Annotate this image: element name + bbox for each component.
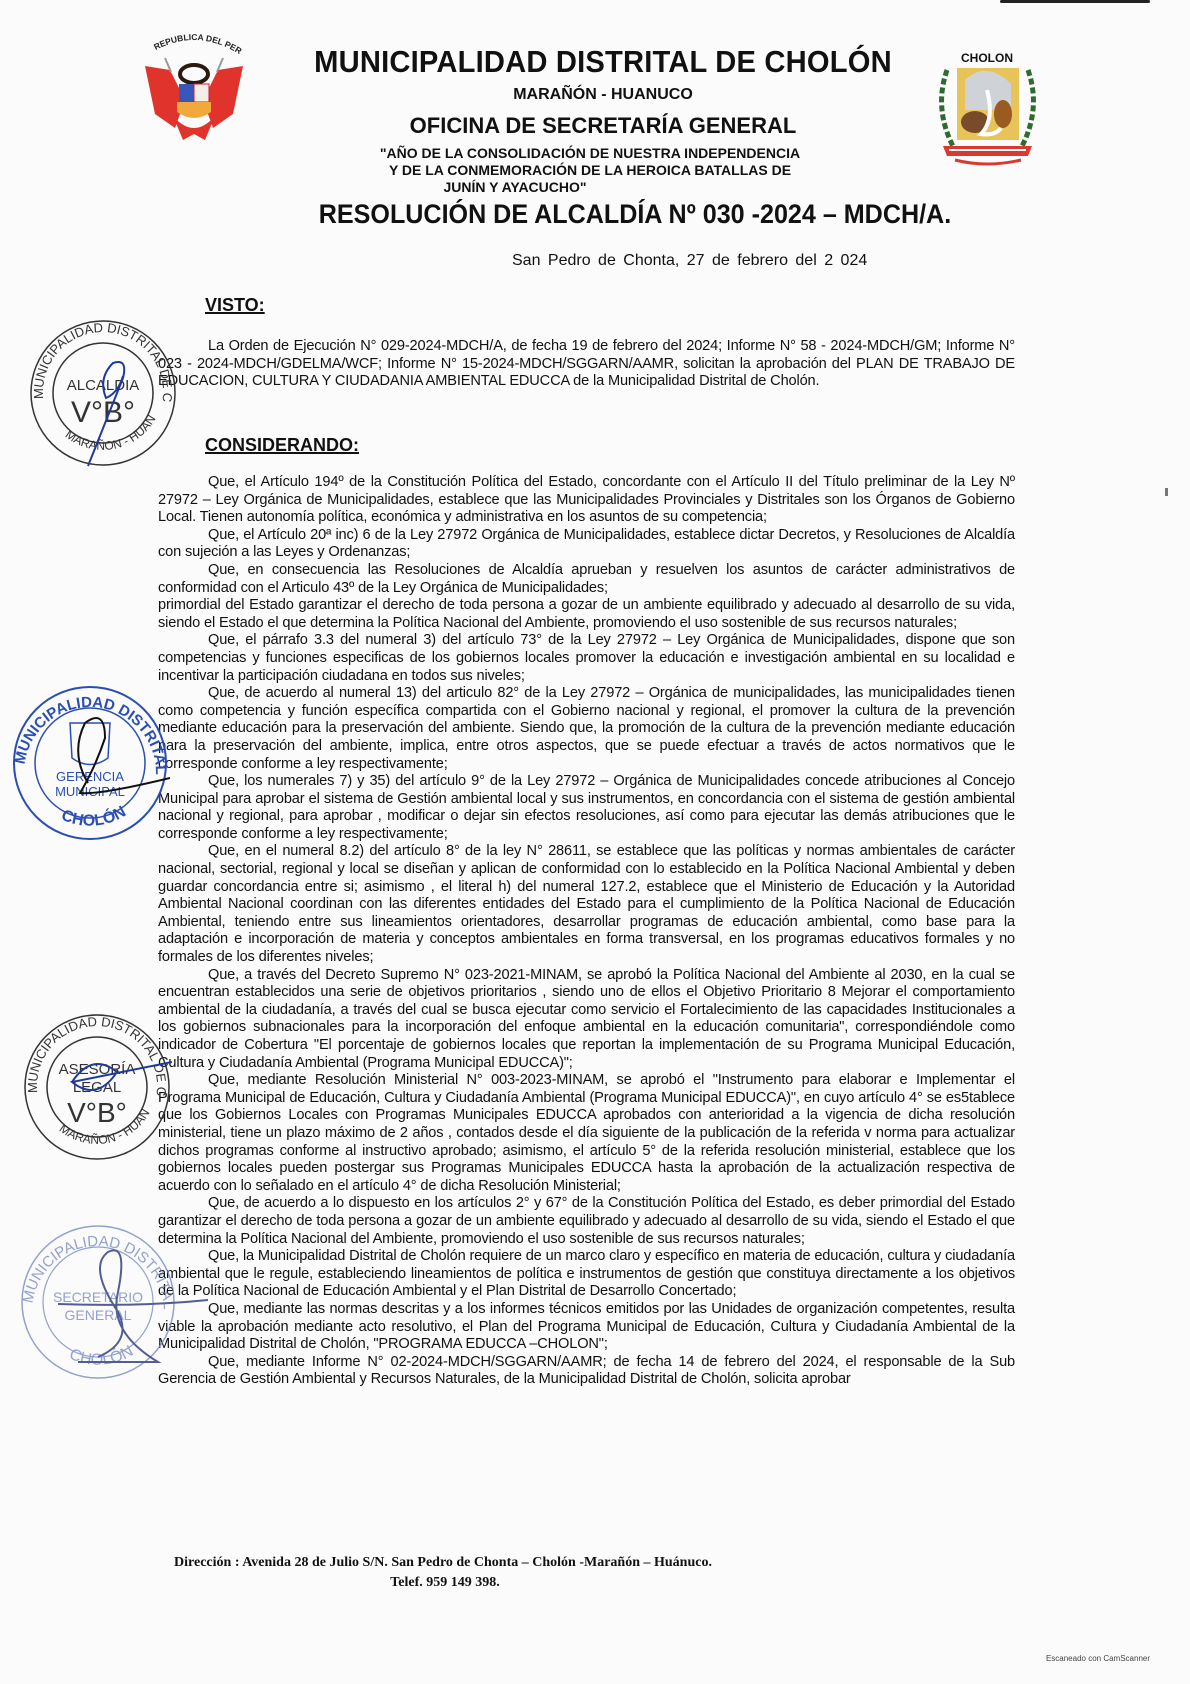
place-and-date: San Pedro de Chonta, 27 de febrero del 2… bbox=[512, 252, 867, 270]
year-motto: "AÑO DE LA CONSOLIDACIÓN DE NUESTRA INDE… bbox=[330, 145, 850, 196]
considerando-heading: CONSIDERANDO: bbox=[205, 435, 359, 456]
paragraph: Que, en el numeral 8.2) del artículo 8° … bbox=[158, 843, 1015, 966]
paragraph: Que, el párrafo 3.3 del numeral 3) del a… bbox=[158, 632, 1015, 685]
svg-text:CHOLÓN: CHOLÓN bbox=[59, 803, 129, 829]
gerencia-municipal-stamp: MUNICIPALIDAD DISTRITAL CHOLÓN GERENCIA … bbox=[10, 683, 170, 843]
paragraph: Que, el Artículo 194º de la Constitución… bbox=[158, 474, 1015, 527]
paragraph: primordial del Estado garantizar el dere… bbox=[158, 597, 1015, 632]
motto-line: JUNÍN Y AYACUCHO" bbox=[180, 179, 850, 196]
secretario-general-stamp: MUNICIPALIDAD DISTRITAL CHOLÓN SECRETARI… bbox=[18, 1222, 178, 1382]
paragraph: Que, en consecuencia las Resoluciones de… bbox=[158, 562, 1015, 597]
scanner-watermark: Escaneado con CamScanner bbox=[1046, 1654, 1150, 1663]
footer-address: Dirección : Avenida 28 de Julio S/N. San… bbox=[0, 1555, 1038, 1571]
paragraph: Que, mediante Informe N° 02-2024-MDCH/SG… bbox=[158, 1354, 1015, 1389]
scan-artifact bbox=[1165, 488, 1168, 496]
resolution-title: RESOLUCIÓN DE ALCALDÍA Nº 030 -2024 – MD… bbox=[82, 199, 1189, 230]
paragraph: Que, mediante las normas descritas y a l… bbox=[158, 1301, 1015, 1354]
asesoria-legal-stamp: MUNICIPALIDAD DISTRITAL DE CHOLÓN MARAÑO… bbox=[22, 1012, 172, 1162]
paragraph: Que, el Artículo 20ª inc) 6 de la Ley 27… bbox=[158, 527, 1015, 562]
region-name: MARAÑÓN - HUANUCO bbox=[8, 86, 1190, 104]
office-name: OFICINA DE SECRETARÍA GENERAL bbox=[8, 113, 1190, 139]
municipality-name: MUNICIPALIDAD DISTRITAL DE CHOLÓN bbox=[44, 44, 1163, 80]
svg-text:V°B°: V°B° bbox=[71, 396, 135, 429]
paragraph: Que, mediante Resolución Ministerial N° … bbox=[158, 1072, 1015, 1195]
paragraph: Que, la Municipalidad Distrital de Choló… bbox=[158, 1248, 1015, 1301]
paragraph: Que, los numerales 7) y 35) del artículo… bbox=[158, 773, 1015, 843]
paragraph: Que, de acuerdo a lo dispuesto en los ar… bbox=[158, 1195, 1015, 1248]
visto-text: La Orden de Ejecución N° 029-2024-MDCH/A… bbox=[158, 338, 1015, 391]
svg-text:V°B°: V°B° bbox=[67, 1097, 127, 1128]
svg-text:MUNICIPAL: MUNICIPAL bbox=[55, 784, 125, 799]
paragraph: Que, de acuerdo al numeral 13) del artic… bbox=[158, 685, 1015, 773]
document-page: REPUBLICA DEL PERU CHOLON MUNICIPALID bbox=[0, 0, 1190, 1684]
motto-line: "AÑO DE LA CONSOLIDACIÓN DE NUESTRA INDE… bbox=[330, 145, 850, 162]
motto-line: Y DE LA CONMEMORACIÓN DE LA HEROICA BATA… bbox=[330, 162, 850, 179]
alcaldia-approval-stamp: MUNICIPALIDAD DISTRITAL DE CHOLÓN MARAÑO… bbox=[28, 318, 178, 468]
scan-edge-mark bbox=[1000, 0, 1150, 3]
visto-paragraph: La Orden de Ejecución N° 029-2024-MDCH/A… bbox=[158, 338, 1015, 391]
visto-heading: VISTO: bbox=[205, 295, 265, 316]
considerando-text: Que, el Artículo 194º de la Constitución… bbox=[158, 474, 1015, 1389]
footer-phone: Telef. 959 149 398. bbox=[0, 1575, 1040, 1591]
paragraph: Que, a través del Decreto Supremo N° 023… bbox=[158, 967, 1015, 1073]
